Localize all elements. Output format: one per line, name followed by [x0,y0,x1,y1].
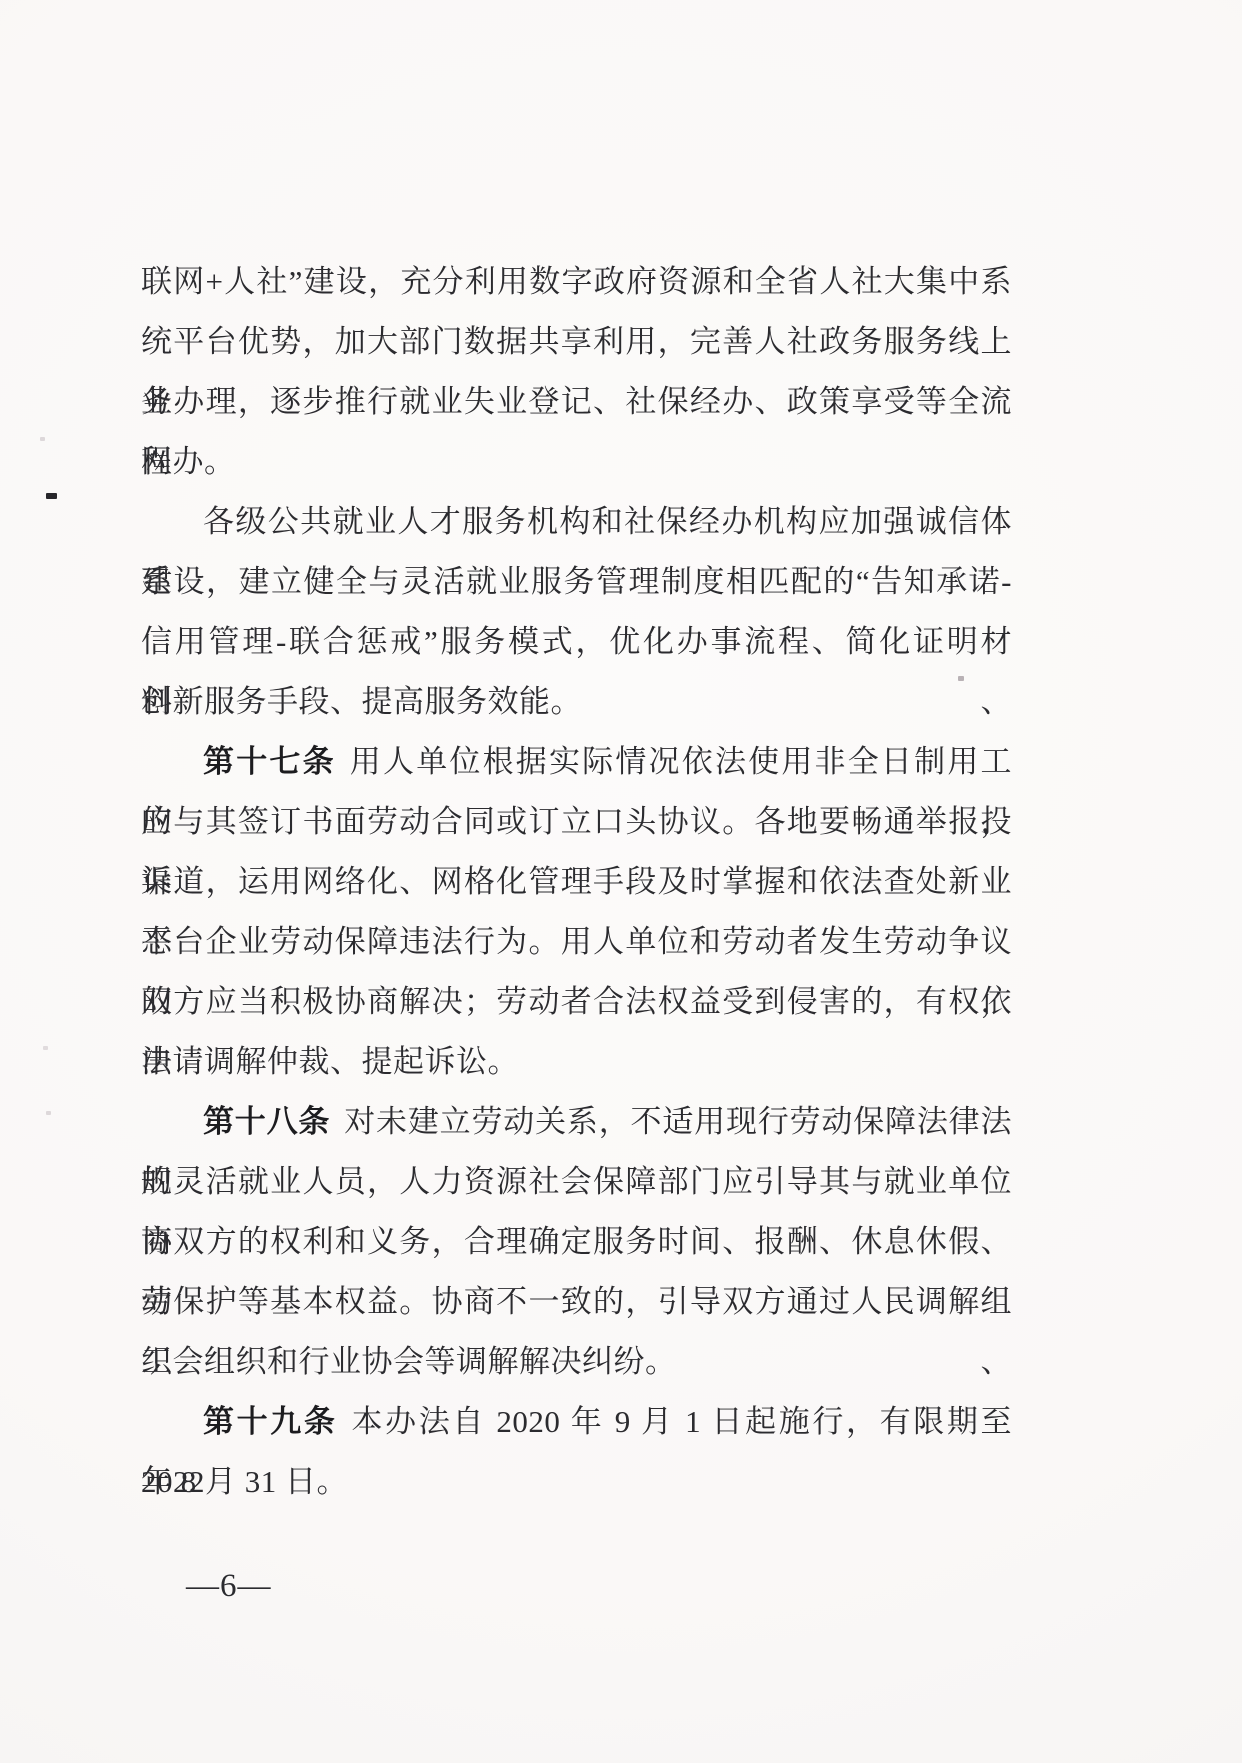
text-line: 统平台优势，加大部门数据共享利用，完善人社政务服务线上业 [141,312,1012,372]
text-line: 双方应当积极协商解决；劳动者合法权益受到侵害的，有权依法 [141,972,1012,1032]
text-line: 申请调解仲裁、提起诉讼。 [141,1032,1012,1092]
text-line: 渠道，运用网络化、网格化管理手段及时掌握和依法查处新业态 [141,852,1012,912]
scan-speck [43,1046,48,1050]
text-line: 动保护等基本权益。协商不一致的，引导双方通过人民调解组织、 [141,1272,1012,1332]
text-line: 平台企业劳动保障违法行为。用人单位和劳动者发生劳动争议的， [141,912,1012,972]
line-text: 建设，建立健全与灵活就业服务管理制度相匹配的“告知承诺- [141,564,1012,599]
text-line: 务办理，逐步推行就业失业登记、社保经办、政策享受等全流程 [141,372,1012,432]
text-line-article-19: 第十九条本办法自 2020 年 9 月 1 日起施行，有限期至 2022 [141,1392,1012,1452]
article-17-heading: 第十七条 [203,744,336,779]
text-line: 网办。 [141,432,1012,492]
text-line: 建设，建立健全与灵活就业服务管理制度相匹配的“告知承诺- [141,552,1012,612]
line-text: 申请调解仲裁、提起诉讼。 [141,1044,519,1079]
text-line: 应与其签订书面劳动合同或订立口头协议。各地要畅通举报投诉 [141,792,1012,852]
scan-speck [40,437,45,441]
article-18-heading: 第十八条 [203,1104,330,1139]
line-text: 联网+人社”建设，充分利用数字政府资源和全省人社大集中系 [141,264,1012,299]
text-line: 联网+人社”建设，充分利用数字政府资源和全省人社大集中系 [141,252,1012,312]
page-number: —6— [186,1566,272,1606]
article-19-heading: 第十九条 [203,1404,338,1439]
text-line: 信用管理-联合惩戒”服务模式，优化办事流程、简化证明材料、 [141,612,1012,672]
line-text: 工会组织和行业协会等调解解决纠纷。 [141,1344,677,1379]
line-text: 年 8 月 31 日。 [141,1464,348,1499]
text-line: 商双方的权利和义务，合理确定服务时间、报酬、休息休假、劳 [141,1212,1012,1272]
line-text: 网办。 [141,444,236,479]
scanned-document-page: 联网+人社”建设，充分利用数字政府资源和全省人社大集中系 统平台优势，加大部门数… [0,0,1242,1763]
scan-speck [46,1111,51,1115]
text-line: 各级公共就业人才服务机构和社保经办机构应加强诚信体系 [141,492,1012,552]
line-text: 创新服务手段、提高服务效能。 [141,684,582,719]
text-line: 的灵活就业人员，人力资源社会保障部门应引导其与就业单位协 [141,1152,1012,1212]
text-line-article-18: 第十八条对未建立劳动关系，不适用现行劳动保障法律法规 [141,1092,1012,1152]
scan-speck [46,493,57,499]
scan-speck [958,676,964,681]
text-line-article-17: 第十七条用人单位根据实际情况依法使用非全日制用工的， [141,732,1012,792]
text-line: 年 8 月 31 日。 [141,1452,1012,1512]
document-body: 联网+人社”建设，充分利用数字政府资源和全省人社大集中系 统平台优势，加大部门数… [141,252,1012,1512]
